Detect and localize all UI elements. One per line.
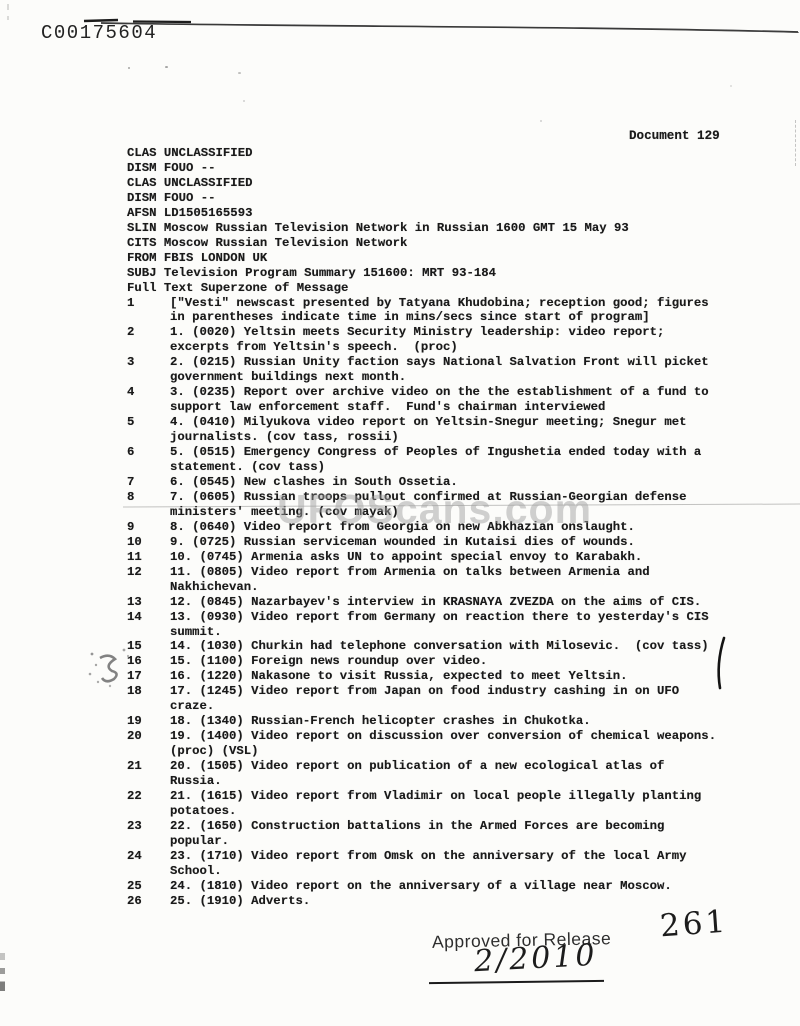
- summary-item: 32. (0215) Russian Unity faction says Na…: [127, 355, 767, 385]
- item-number: 10: [127, 535, 170, 550]
- item-number: 11: [127, 550, 170, 565]
- item-text-line: government buildings next month.: [170, 370, 767, 385]
- item-text-line: 20. (1505) Video report on publication o…: [170, 759, 767, 774]
- summary-item: 1["Vesti" newscast presented by Tatyana …: [127, 296, 767, 326]
- item-text: 12. (0845) Nazarbayev's interview in KRA…: [170, 595, 767, 610]
- item-text-line: potatoes.: [170, 804, 767, 819]
- summary-item: 2524. (1810) Video report on the anniver…: [127, 879, 767, 894]
- item-number: 14: [127, 610, 170, 640]
- header-line: DISM FOUO --: [127, 191, 767, 206]
- item-text-line: 11. (0805) Video report from Armenia on …: [170, 565, 767, 580]
- header-line: Full Text Superzone of Message: [127, 281, 767, 296]
- right-edge-artifact: [795, 120, 796, 166]
- scan-reference-number: C00175604: [41, 22, 157, 44]
- item-text: 2. (0215) Russian Unity faction says Nat…: [170, 355, 767, 385]
- summary-item: 1413. (0930) Video report from Germany o…: [127, 610, 767, 640]
- item-text-line: 8. (0640) Video report from Georgia on n…: [170, 520, 767, 535]
- item-number: 20: [127, 729, 170, 759]
- item-number: 18: [127, 684, 170, 714]
- summary-item: 2120. (1505) Video report on publication…: [127, 759, 767, 789]
- item-number: 6: [127, 445, 170, 475]
- item-text-line: in parentheses indicate time in mins/sec…: [170, 310, 767, 325]
- item-number: 26: [127, 894, 170, 909]
- item-number: 9: [127, 520, 170, 535]
- item-text-line: 24. (1810) Video report on the anniversa…: [170, 879, 767, 894]
- summary-item: 2221. (1615) Video report from Vladimir …: [127, 789, 767, 819]
- header-line: FROM FBIS LONDON UK: [127, 251, 767, 266]
- item-text: 4. (0410) Milyukova video report on Yelt…: [170, 415, 767, 445]
- summary-item: 2322. (1650) Construction battalions in …: [127, 819, 767, 849]
- item-text-line: support law enforcement staff. Fund's ch…: [170, 400, 767, 415]
- item-text: 6. (0545) New clashes in South Ossetia.: [170, 475, 767, 490]
- pencil-smudge-mark: [86, 644, 132, 696]
- item-text-line: Russia.: [170, 774, 767, 789]
- item-number: 1: [127, 296, 170, 326]
- summary-item: 76. (0545) New clashes in South Ossetia.: [127, 475, 767, 490]
- item-number: 22: [127, 789, 170, 819]
- summary-item: 1918. (1340) Russian-French helicopter c…: [127, 714, 767, 729]
- item-text: 24. (1810) Video report on the anniversa…: [170, 879, 767, 894]
- item-text: 5. (0515) Emergency Congress of Peoples …: [170, 445, 767, 475]
- signature-line: [429, 980, 604, 984]
- item-text-line: Nakhichevan.: [170, 580, 767, 595]
- summary-item: 1817. (1245) Video report from Japan on …: [127, 684, 767, 714]
- item-text: 23. (1710) Video report from Omsk on the…: [170, 849, 767, 879]
- item-text-line: 4. (0410) Milyukova video report on Yelt…: [170, 415, 767, 430]
- item-number: 16: [127, 654, 170, 669]
- item-text: 19. (1400) Video report on discussion ov…: [170, 729, 767, 759]
- summary-item: 43. (0235) Report over archive video on …: [127, 385, 767, 415]
- item-text-line: 3. (0235) Report over archive video on t…: [170, 385, 767, 400]
- summary-item: 1110. (0745) Armenia asks UN to appoint …: [127, 550, 767, 565]
- item-number: 25: [127, 879, 170, 894]
- item-text-line: 22. (1650) Construction battalions in th…: [170, 819, 767, 834]
- item-text: 13. (0930) Video report from Germany on …: [170, 610, 767, 640]
- item-text-line: 23. (1710) Video report from Omsk on the…: [170, 849, 767, 864]
- summary-item: 2423. (1710) Video report from Omsk on t…: [127, 849, 767, 879]
- item-text-line: 21. (1615) Video report from Vladimir on…: [170, 789, 767, 804]
- item-text-line: 19. (1400) Video report on discussion ov…: [170, 729, 767, 744]
- summary-item: 65. (0515) Emergency Congress of Peoples…: [127, 445, 767, 475]
- summary-item: 109. (0725) Russian serviceman wounded i…: [127, 535, 767, 550]
- item-text-line: 9. (0725) Russian serviceman wounded in …: [170, 535, 767, 550]
- item-text-line: 18. (1340) Russian-French helicopter cra…: [170, 714, 767, 729]
- item-number: 23: [127, 819, 170, 849]
- item-text-line: ["Vesti" newscast presented by Tatyana K…: [170, 296, 767, 311]
- scanned-document-page: C00175604 Document 129 CLAS UNCLASSIFIED…: [0, 0, 800, 1026]
- item-text-line: 2. (0215) Russian Unity faction says Nat…: [170, 355, 767, 370]
- item-number: 19: [127, 714, 170, 729]
- item-number: 12: [127, 565, 170, 595]
- item-text-line: journalists. (cov tass, rossii): [170, 430, 767, 445]
- item-text-line: 12. (0845) Nazarbayev's interview in KRA…: [170, 595, 767, 610]
- item-text: 3. (0235) Report over archive video on t…: [170, 385, 767, 415]
- item-text: 16. (1220) Nakasone to visit Russia, exp…: [170, 669, 767, 684]
- handwritten-page-number: 261: [659, 904, 730, 945]
- summary-item: 21. (0020) Yeltsin meets Security Minist…: [127, 325, 767, 355]
- summary-item: 2019. (1400) Video report on discussion …: [127, 729, 767, 759]
- header-line: AFSN LD1505165593: [127, 206, 767, 221]
- header-line: SUBJ Television Program Summary 151600: …: [127, 266, 767, 281]
- item-text: 15. (1100) Foreign news roundup over vid…: [170, 654, 767, 669]
- header-line: CLAS UNCLASSIFIED: [127, 146, 767, 161]
- header-line: DISM FOUO --: [127, 161, 767, 176]
- summary-item: 1312. (0845) Nazarbayev's interview in K…: [127, 595, 767, 610]
- item-number: 17: [127, 669, 170, 684]
- item-text-line: 6. (0545) New clashes in South Ossetia.: [170, 475, 767, 490]
- summary-item: 2625. (1910) Adverts.: [127, 894, 767, 909]
- item-text-line: summit.: [170, 625, 767, 640]
- header-line: CITS Moscow Russian Television Network: [127, 236, 767, 251]
- item-text: 9. (0725) Russian serviceman wounded in …: [170, 535, 767, 550]
- item-text-line: statement. (cov tass): [170, 460, 767, 475]
- item-number: 21: [127, 759, 170, 789]
- item-text-line: 1. (0020) Yeltsin meets Security Ministr…: [170, 325, 767, 340]
- left-edge-smudge: [0, 953, 5, 991]
- item-text: 10. (0745) Armenia asks UN to appoint sp…: [170, 550, 767, 565]
- item-text: 17. (1245) Video report from Japan on fo…: [170, 684, 767, 714]
- item-text-line: School.: [170, 864, 767, 879]
- item-text: 22. (1650) Construction battalions in th…: [170, 819, 767, 849]
- item-text-line: 10. (0745) Armenia asks UN to appoint sp…: [170, 550, 767, 565]
- header-line: CLAS UNCLASSIFIED: [127, 176, 767, 191]
- item-text-line: 17. (1245) Video report from Japan on fo…: [170, 684, 767, 699]
- item-text-line: 5. (0515) Emergency Congress of Peoples …: [170, 445, 767, 460]
- item-text: 21. (1615) Video report from Vladimir on…: [170, 789, 767, 819]
- item-text-line: excerpts from Yeltsin's speech. (proc): [170, 340, 767, 355]
- item-number: 4: [127, 385, 170, 415]
- item-number: 3: [127, 355, 170, 385]
- handwritten-release-date: 2/2010: [473, 938, 598, 979]
- item-text-line: popular.: [170, 834, 767, 849]
- item-number: 2: [127, 325, 170, 355]
- item-number: 24: [127, 849, 170, 879]
- item-text-line: craze.: [170, 699, 767, 714]
- item-number: 13: [127, 595, 170, 610]
- item-text: 14. (1030) Churkin had telephone convers…: [170, 639, 767, 654]
- item-text: 20. (1505) Video report on publication o…: [170, 759, 767, 789]
- item-text-line: 13. (0930) Video report from Germany on …: [170, 610, 767, 625]
- item-text-line: 15. (1100) Foreign news roundup over vid…: [170, 654, 767, 669]
- summary-item: 98. (0640) Video report from Georgia on …: [127, 520, 767, 535]
- item-text: 11. (0805) Video report from Armenia on …: [170, 565, 767, 595]
- item-text-line: 14. (1030) Churkin had telephone convers…: [170, 639, 767, 654]
- item-text: 8. (0640) Video report from Georgia on n…: [170, 520, 767, 535]
- item-number: 7: [127, 475, 170, 490]
- header-line: SLIN Moscow Russian Television Network i…: [127, 221, 767, 236]
- item-number: 5: [127, 415, 170, 445]
- scan-speckles: [0, 0, 4, 4]
- item-number: 15: [127, 639, 170, 654]
- item-text-line: 16. (1220) Nakasone to visit Russia, exp…: [170, 669, 767, 684]
- summary-item: 54. (0410) Milyukova video report on Yel…: [127, 415, 767, 445]
- item-text-line: (proc) (VSL): [170, 744, 767, 759]
- summary-item: 1615. (1100) Foreign news roundup over v…: [127, 654, 767, 669]
- item-text-line: 7. (0605) Russian troops pullout confirm…: [170, 490, 767, 505]
- document-number-label: Document 129: [629, 129, 720, 143]
- summary-item: 1716. (1220) Nakasone to visit Russia, e…: [127, 669, 767, 684]
- document-body: CLAS UNCLASSIFIEDDISM FOUO --CLAS UNCLAS…: [127, 146, 767, 909]
- item-text: ["Vesti" newscast presented by Tatyana K…: [170, 296, 767, 326]
- item-text: 18. (1340) Russian-French helicopter cra…: [170, 714, 767, 729]
- item-text: 1. (0020) Yeltsin meets Security Ministr…: [170, 325, 767, 355]
- item-number: 8: [127, 490, 170, 520]
- summary-item: 1514. (1030) Churkin had telephone conve…: [127, 639, 767, 654]
- summary-item: 1211. (0805) Video report from Armenia o…: [127, 565, 767, 595]
